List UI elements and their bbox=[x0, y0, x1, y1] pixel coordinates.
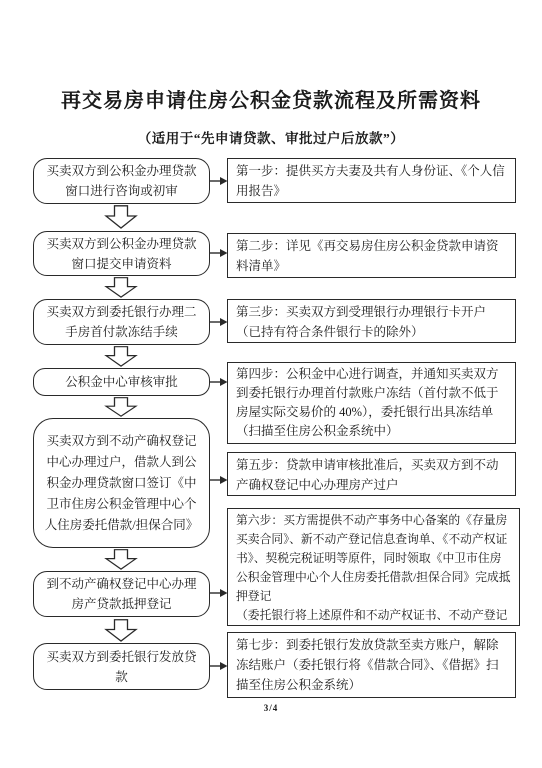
flow-note-step6: 第六步：买方需提供不动产事务中心备案的《存量房买卖合同》、新不动产登记信息查询单… bbox=[227, 508, 520, 626]
down-arrow-icon bbox=[103, 549, 139, 570]
right-arrow-icon bbox=[209, 316, 228, 328]
flow-note-step3-text: 第三步：买卖双方到受理银行办理银行卡开户 （已持有符合条件银行卡的除外） bbox=[236, 305, 486, 339]
flow-note-step3: 第三步：买卖双方到受理银行办理银行卡开户 （已持有符合条件银行卡的除外） bbox=[227, 299, 516, 343]
flow-box-step4: 公积金中心审核审批 bbox=[33, 368, 210, 396]
flow-box-step1-label: 买卖双方到公积金办理贷款窗口进行咨询或初审 bbox=[41, 161, 202, 201]
flow-note-step7: 第七步：到委托银行发放贷款至卖方账户，解除冻结账户（委托银行将《借款合同》、《借… bbox=[227, 632, 516, 698]
flow-box-step1: 买卖双方到公积金办理贷款窗口进行咨询或初审 bbox=[33, 158, 210, 204]
flow-note-step2: 第二步：详见《再交易房住房公积金贷款申请资料清单》 bbox=[227, 233, 516, 278]
flow-note-step2-text: 第二步：详见《再交易房住房公积金贷款申请资料清单》 bbox=[236, 239, 499, 273]
page-number: 3/4 bbox=[0, 703, 542, 713]
down-arrow-icon bbox=[103, 277, 139, 298]
flow-note-step6-text: 第六步：买方需提供不动产事务中心备案的《存量房买卖合同》、新不动产登记信息查询单… bbox=[236, 513, 511, 626]
flow-note-step7-text: 第七步：到委托银行发放贷款至卖方账户，解除冻结账户（委托银行将《借款合同》、《借… bbox=[236, 638, 499, 692]
right-arrow-icon bbox=[209, 660, 228, 672]
flow-box-step4-label: 公积金中心审核审批 bbox=[65, 372, 178, 392]
document-page: 再交易房申请住房公积金贷款流程及所需资料 （适用于“先申请贷款、审批过户后放款”… bbox=[0, 0, 542, 768]
right-arrow-icon bbox=[209, 247, 228, 259]
page-subtitle: （适用于“先申请贷款、审批过户后放款”） bbox=[0, 127, 542, 147]
flow-box-step5-label: 买卖双方到不动产确权登记中心办理过户，借款人到公积金办理贷款窗口签订《中卫市住房… bbox=[41, 431, 202, 536]
right-arrow-icon bbox=[209, 175, 228, 187]
right-arrow-icon bbox=[209, 376, 228, 388]
flow-box-step5: 买卖双方到不动产确权登记中心办理过户，借款人到公积金办理贷款窗口签订《中卫市住房… bbox=[33, 418, 210, 548]
down-arrow-icon bbox=[103, 397, 139, 417]
flow-box-step6: 到不动产确权登记中心办理房产贷款抵押登记 bbox=[33, 571, 210, 617]
page-title: 再交易房申请住房公积金贷款流程及所需资料 bbox=[0, 84, 542, 113]
flow-box-step7: 买卖双方到委托银行发放贷款 bbox=[33, 643, 210, 690]
flow-note-step5-text: 第五步：贷款申请审核批准后，买卖双方到不动产确权登记中心办理房产过户 bbox=[236, 458, 499, 492]
down-arrow-icon bbox=[103, 205, 139, 229]
right-arrow-icon bbox=[209, 587, 228, 599]
flow-note-step5: 第五步：贷款申请审核批准后，买卖双方到不动产确权登记中心办理房产过户 bbox=[227, 452, 516, 496]
flow-note-step4: 第四步：公积金中心进行调查，并通知买卖双方到委托银行办理首付款账户冻结（首付款不… bbox=[227, 362, 516, 444]
flow-box-step3: 买卖双方到委托银行办理二手房首付款冻结手续 bbox=[33, 299, 210, 345]
flow-box-step2-label: 买卖双方到公积金办理贷款窗口提交申请资料 bbox=[41, 234, 202, 274]
flow-note-step1: 第一步：提供买方夫妻及共有人身份证、《个人信用报告》 bbox=[227, 158, 516, 203]
flow-box-step2: 买卖双方到公积金办理贷款窗口提交申请资料 bbox=[33, 231, 210, 276]
flow-note-step1-text: 第一步：提供买方夫妻及共有人身份证、《个人信用报告》 bbox=[236, 164, 505, 198]
flow-note-step4-text: 第四步：公积金中心进行调查，并通知买卖双方到委托银行办理首付款账户冻结（首付款不… bbox=[236, 367, 499, 438]
flow-box-step6-label: 到不动产确权登记中心办理房产贷款抵押登记 bbox=[41, 574, 202, 614]
down-arrow-icon bbox=[103, 346, 139, 367]
flow-box-step3-label: 买卖双方到委托银行办理二手房首付款冻结手续 bbox=[41, 302, 202, 342]
flow-box-step7-label: 买卖双方到委托银行发放贷款 bbox=[41, 647, 202, 687]
down-arrow-icon bbox=[103, 619, 139, 642]
right-arrow-icon bbox=[209, 474, 228, 486]
